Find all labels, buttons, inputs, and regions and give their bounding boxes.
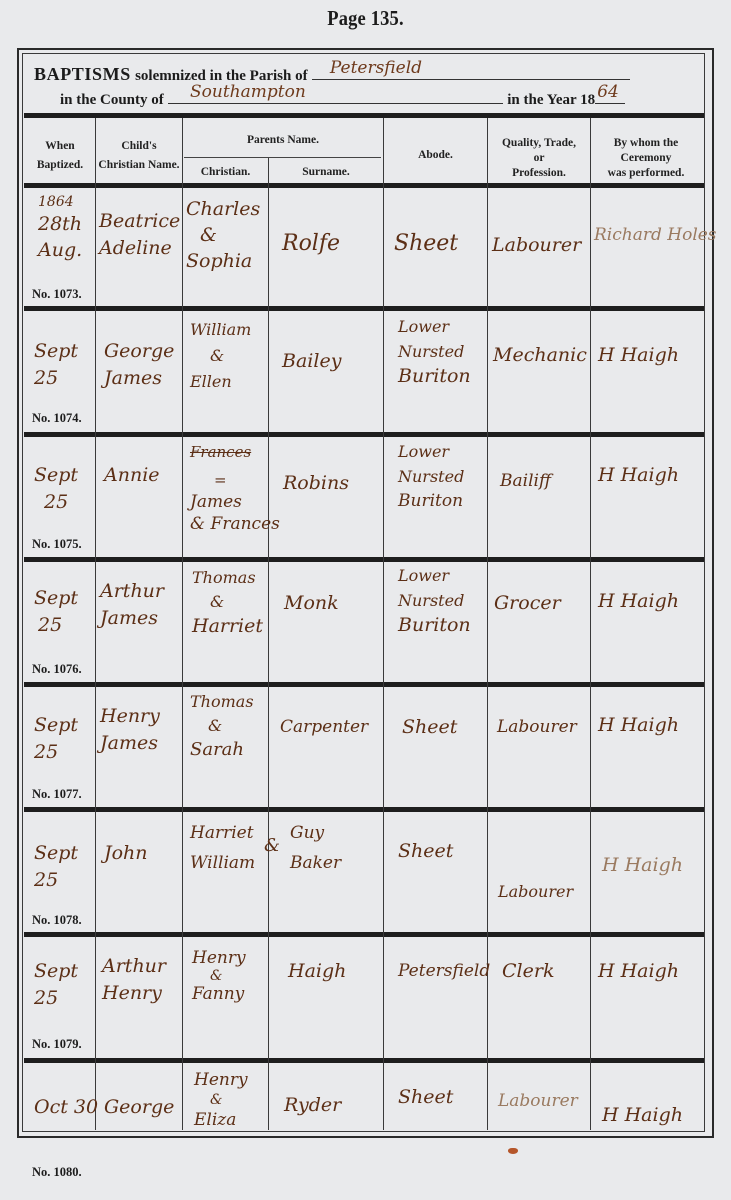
child-name-l2: James [100,730,160,757]
page-title: Page 135. [44,6,687,31]
officiant: H Haigh [598,342,679,369]
header-child-name: Child's Christian Name. [96,139,182,173]
date-day: 25 [34,739,78,766]
parent-surname: Guy Baker [290,818,341,878]
parents-subheader-rule [184,157,381,158]
date-day: 25 [34,489,78,516]
child-name-l2: Adeline [99,235,180,262]
entry-date: Sept 25 [34,585,78,639]
rule-above-header [24,113,704,118]
year-value: 64 [597,82,619,102]
abode-l3: Buriton [398,613,471,638]
header-abode: Abode. [384,148,487,163]
header-child-l1: Child's [96,139,182,154]
heading-baptisms: BAPTISMS [34,64,131,84]
abode: Sheet [398,1084,453,1111]
parent-surname-l1: Guy [290,818,341,848]
abode-l2: Nursted [398,339,471,364]
parent-christian-names: Charles & Sophia [186,196,260,274]
parent-christian-l1: Charles [186,196,260,222]
parent-christian-l3: Fanny [192,983,246,1005]
parent-christian-names: Harriet William [190,818,255,878]
parent-christian-l1: Thomas [192,566,263,590]
parish-value: Petersfield [330,58,422,78]
parent-christian-names: William & Ellen [190,317,251,395]
entry-date: 1864 28th Aug. [38,193,82,263]
header-parents-surname: Surname. [269,165,383,180]
officiant: Richard Holes [594,222,717,249]
child-name-l1: Beatrice [99,208,180,235]
parent-christian-l3: Ellen [190,369,251,395]
child-name-l1: Arthur [102,953,166,980]
year-field: 64 [595,86,625,104]
abode: Lower Nursted Buriton [398,563,471,638]
entry-date: Sept 25 [34,840,78,894]
parent-surname: Rolfe [282,230,340,257]
abode-l3: Buriton [398,489,464,514]
date-day: 28th [38,211,82,237]
parent-surname: Carpenter [280,714,368,741]
child-name-l2: James [100,605,164,632]
profession: Mechanic [493,342,587,369]
abode: Lower Nursted Buriton [398,314,471,389]
abode-l2: Nursted [398,588,471,613]
header-when-baptized: When Baptized. [25,139,95,173]
officiant: H Haigh [598,958,679,985]
parent-christian-l1: Henry [192,947,246,969]
abode-l1: Lower [398,563,471,588]
entry-number: No. 1074. [32,411,82,426]
date-day: 25 [34,612,78,639]
date-day: 25 [34,985,78,1012]
parent-christian-l3: William [190,848,255,878]
parent-christian-l2: & [186,222,260,248]
header-parents-christian: Christian. [183,165,268,180]
officiant: H Haigh [602,1102,683,1129]
child-name: George James [104,338,174,392]
header-child-l2: Christian Name. [96,158,182,173]
heading-parish-line: BAPTISMS solemnized in the Parish of Pet… [34,62,630,85]
header-parents-name: Parents Name. [183,133,383,148]
entry-date: Oct 30 [34,1094,98,1121]
parent-christian-l1: Thomas [190,690,254,714]
child-name-l1: George [104,338,174,365]
officiant: H Haigh [602,852,683,879]
date-month: Sept [34,712,78,739]
col-divider-quality [590,118,591,1130]
entry-number: No. 1078. [32,913,82,928]
abode: Sheet [394,230,458,257]
heading-county-line: in the County of Southampton in the Year… [60,86,625,109]
parent-christian-names: Thomas & Sarah [190,690,254,762]
rule-row-4 [24,682,704,687]
officiant: H Haigh [598,712,679,739]
rule-row-7 [24,1058,704,1063]
parent-christian-names: Henry & Fanny [192,947,246,1005]
profession: Grocer [494,590,561,617]
rule-row-2 [24,432,704,437]
ink-blot [508,1148,518,1154]
child-name: Henry James [100,703,160,757]
parent-christian-l3: James [190,491,280,513]
abode: Sheet [398,838,453,865]
parent-christian-l1: Henry [194,1068,248,1092]
date-month: Aug. [38,237,82,263]
parent-christian-l1: William [190,317,251,343]
parent-surname: Bailey [282,348,341,375]
parent-christian-l1: Harriet [190,818,255,848]
entry-number: No. 1075. [32,537,82,552]
date-month: Sept [34,462,78,489]
child-name: John [104,840,148,867]
profession: Clerk [502,958,554,985]
parent-surname: Robins [283,470,349,497]
child-name: Arthur James [100,578,164,632]
profession: Labourer [498,878,573,905]
abode-l1: Lower [398,314,471,339]
parish-field: Petersfield [312,62,630,80]
county-field: Southampton [168,86,503,104]
parent-christian-names: Henry & Eliza [194,1068,248,1132]
rule-row-5 [24,807,704,812]
entry-number: No. 1077. [32,787,82,802]
date-month: Sept [34,585,78,612]
entry-date: Sept 25 [34,712,78,766]
date-month: Sept [34,338,78,365]
parent-christian-l4: & Frances [190,513,280,535]
date-month: Sept [34,958,78,985]
parent-christian-names: Thomas & Harriet [192,566,263,638]
col-divider-when [95,118,96,1130]
parent-christian-l2: & [194,1092,248,1108]
profession: Labourer [492,232,581,259]
officiant: H Haigh [598,588,679,615]
parent-christian-l3: Harriet [192,614,263,638]
parent-christian-l2: & [190,343,251,369]
abode: Petersfield [398,958,490,985]
parent-christian-l2: & [190,714,254,738]
profession: Labourer [497,714,577,741]
child-name: Arthur Henry [102,953,166,1007]
abode-l3: Buriton [398,364,471,389]
parent-surname: Haigh [288,958,346,985]
parent-surname-l2: Baker [290,848,341,878]
entry-number: No. 1080. [32,1165,82,1180]
rule-row-3 [24,557,704,562]
profession: Bailiff [500,468,551,495]
child-name-l1: Henry [100,703,160,730]
heading-county-text: in the County of [60,92,164,108]
date-month: Sept [34,840,78,867]
entry-number: No. 1073. [32,287,82,302]
header-quality-l2: or [488,151,590,166]
header-quality-trade: Quality, Trade, or Profession. [488,136,590,181]
parent-christian-l3: Eliza [194,1108,248,1132]
parent-christian-l2: = [190,463,280,491]
rule-row-1 [24,306,704,311]
header-by-whom-l3: was performed. [591,166,701,181]
entry-number: No. 1079. [32,1037,82,1052]
entry-date: Sept 25 [34,462,78,516]
parent-christian-struck: Frances [190,441,280,463]
col-divider-child [182,118,183,1130]
header-when-l1: When [25,139,95,154]
abode: Lower Nursted Buriton [398,439,464,514]
rule-row-6 [24,932,704,937]
date-day: 25 [34,365,78,392]
county-value: Southampton [190,82,306,102]
header-by-whom-l2: Ceremony [591,151,701,166]
child-name-l2: Henry [102,980,166,1007]
abode-l1: Lower [398,439,464,464]
parent-christian-l3: Sarah [190,738,254,762]
header-by-whom: By whom the Ceremony was performed. [591,136,701,181]
child-name: Annie [104,462,160,489]
parent-christian-l3: Sophia [186,248,260,274]
rule-below-header [24,183,704,188]
entry-date: Sept 25 [34,338,78,392]
abode-l2: Nursted [398,464,464,489]
parent-conjunction: & [264,832,280,859]
entry-date: Sept 25 [34,958,78,1012]
heading-year-text: in the Year 18 [507,92,595,108]
child-name-l2: James [104,365,174,392]
parent-surname: Monk [284,590,339,617]
parent-christian-l2: & [192,590,263,614]
header-by-whom-l1: By whom the [591,136,701,151]
child-name-l1: Arthur [100,578,164,605]
child-name: George [104,1094,174,1121]
date-year: 1864 [38,193,82,211]
child-name: Beatrice Adeline [99,208,180,262]
officiant: H Haigh [598,462,679,489]
parent-surname: Ryder [284,1092,341,1119]
col-divider-surname [383,118,384,1130]
header-when-l2: Baptized. [25,158,95,173]
abode: Sheet [402,714,457,741]
parent-christian-l2: & [192,969,246,983]
col-divider-parent-christian [268,158,269,1130]
profession: Labourer [498,1088,578,1115]
header-quality-l1: Quality, Trade, [488,136,590,151]
header-quality-l3: Profession. [488,166,590,181]
entry-number: No. 1076. [32,662,82,677]
parent-christian-names: Frances = James & Frances [190,441,280,535]
date-day: 25 [34,867,78,894]
